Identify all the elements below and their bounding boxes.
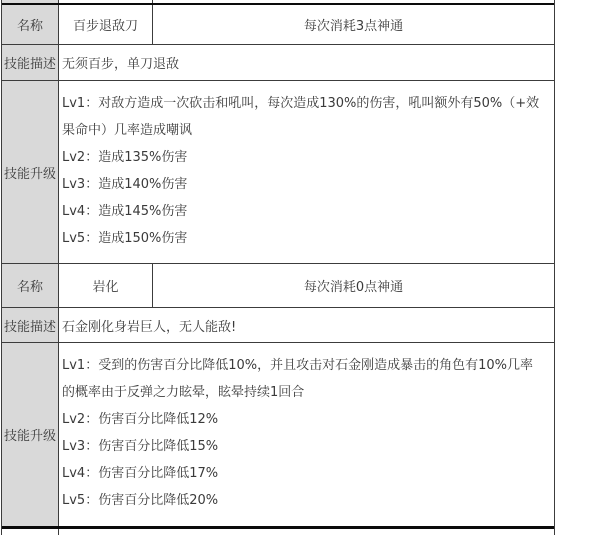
skill2-upgrade-lv1: Lv1：受到的伤害百分比降低10%，并且攻击对石金刚造成暴击的角色有10%几率的…	[62, 352, 544, 406]
skill1-description-label: 技能描述	[2, 45, 59, 80]
skill2-upgrade-lv3: Lv3：伤害百分比降低15%	[62, 433, 544, 460]
partial-row-bottom	[2, 529, 554, 535]
skill-table-page: 名称 百步退敌刀 每次消耗3点神通 技能描述 无须百步，单刀退敌 技能升级 Lv…	[0, 0, 595, 535]
skill-info-table: 名称 百步退敌刀 每次消耗3点神通 技能描述 无须百步，单刀退敌 技能升级 Lv…	[1, 0, 555, 535]
skill2-upgrade-row: 技能升级 Lv1：受到的伤害百分比降低10%，并且攻击对石金刚造成暴击的角色有1…	[2, 343, 554, 529]
skill1-upgrade-lv2: Lv2：造成135%伤害	[62, 144, 544, 171]
skill1-upgrade-label: 技能升级	[2, 81, 59, 263]
skill1-description-row: 技能描述 无须百步，单刀退敌	[2, 45, 554, 81]
skill1-cost-value: 每次消耗3点神通	[153, 5, 554, 44]
partial-bottom-label-cell	[2, 529, 59, 535]
skill2-upgrade-label: 技能升级	[2, 343, 59, 526]
skill2-cost-value: 每次消耗0点神通	[153, 264, 554, 307]
skill1-upgrade-lv1: Lv1：对敌方造成一次砍击和吼叫，每次造成130%的伤害，吼叫额外有50%（+效…	[62, 90, 544, 144]
skill2-upgrade-lv2: Lv2：伤害百分比降低12%	[62, 406, 544, 433]
skill2-name-label: 名称	[2, 264, 59, 307]
skill1-name-row: 名称 百步退敌刀 每次消耗3点神通	[2, 5, 554, 45]
skill1-upgrade-list: Lv1：对敌方造成一次砍击和吼叫，每次造成130%的伤害，吼叫额外有50%（+效…	[59, 81, 554, 263]
partial-mid-cell	[59, 0, 153, 3]
skill2-name-row: 名称 岩化 每次消耗0点神通	[2, 264, 554, 308]
skill1-upgrade-lv3: Lv3：造成140%伤害	[62, 171, 544, 198]
partial-bottom-end-cell	[59, 529, 554, 535]
skill1-description-value: 无须百步，单刀退敌	[59, 45, 554, 80]
skill1-upgrade-lv4: Lv4：造成145%伤害	[62, 198, 544, 225]
skill2-name-value: 岩化	[59, 264, 153, 307]
skill1-name-label: 名称	[2, 5, 59, 44]
skill2-description-label: 技能描述	[2, 308, 59, 342]
skill2-upgrade-lv5: Lv5：伤害百分比降低20%	[62, 487, 544, 514]
skill2-description-value: 石金刚化身岩巨人，无人能敌!	[59, 308, 554, 342]
partial-end-cell	[153, 0, 554, 3]
skill2-upgrade-list: Lv1：受到的伤害百分比降低10%，并且攻击对石金刚造成暴击的角色有10%几率的…	[59, 343, 554, 526]
skill1-upgrade-row: 技能升级 Lv1：对敌方造成一次砍击和吼叫，每次造成130%的伤害，吼叫额外有5…	[2, 81, 554, 264]
skill1-name-value: 百步退敌刀	[59, 5, 153, 44]
skill2-upgrade-lv4: Lv4：伤害百分比降低17%	[62, 460, 544, 487]
partial-label-cell	[2, 0, 59, 3]
skill2-description-row: 技能描述 石金刚化身岩巨人，无人能敌!	[2, 308, 554, 343]
skill1-upgrade-lv5: Lv5：造成150%伤害	[62, 225, 544, 252]
